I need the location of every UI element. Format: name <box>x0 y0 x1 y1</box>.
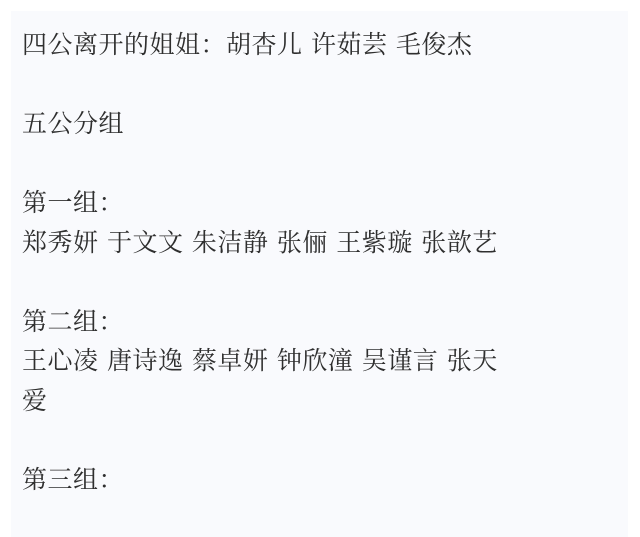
group-3-heading: 第三组： <box>22 460 522 500</box>
section-title: 五公分组 <box>22 104 522 144</box>
group-1-members: 郑秀妍 于文文 朱洁静 张俪 王紫璇 张歆艺 <box>22 223 522 263</box>
group-2-members: 王心凌 唐诗逸 蔡卓妍 钟欣潼 吴谨言 张天爱 <box>22 341 522 420</box>
group-1-heading: 第一组： <box>22 183 522 223</box>
eliminated-paragraph: 四公离开的姐姐：胡杏儿 许茹芸 毛俊杰 <box>22 25 522 65</box>
eliminated-label: 四公离开的姐姐： <box>22 30 226 59</box>
group-2: 第二组： 王心凌 唐诗逸 蔡卓妍 钟欣潼 吴谨言 张天爱 <box>22 302 522 421</box>
group-1: 第一组： 郑秀妍 于文文 朱洁静 张俪 王紫璇 张歆艺 <box>22 183 522 262</box>
group-2-heading: 第二组： <box>22 302 522 342</box>
eliminated-names: 胡杏儿 许茹芸 毛俊杰 <box>226 30 472 59</box>
article-content: 四公离开的姐姐：胡杏儿 许茹芸 毛俊杰 五公分组 第一组： 郑秀妍 于文文 朱洁… <box>22 25 522 537</box>
article-panel: 四公离开的姐姐：胡杏儿 许茹芸 毛俊杰 五公分组 第一组： 郑秀妍 于文文 朱洁… <box>11 11 628 537</box>
group-3: 第三组： <box>22 460 522 500</box>
